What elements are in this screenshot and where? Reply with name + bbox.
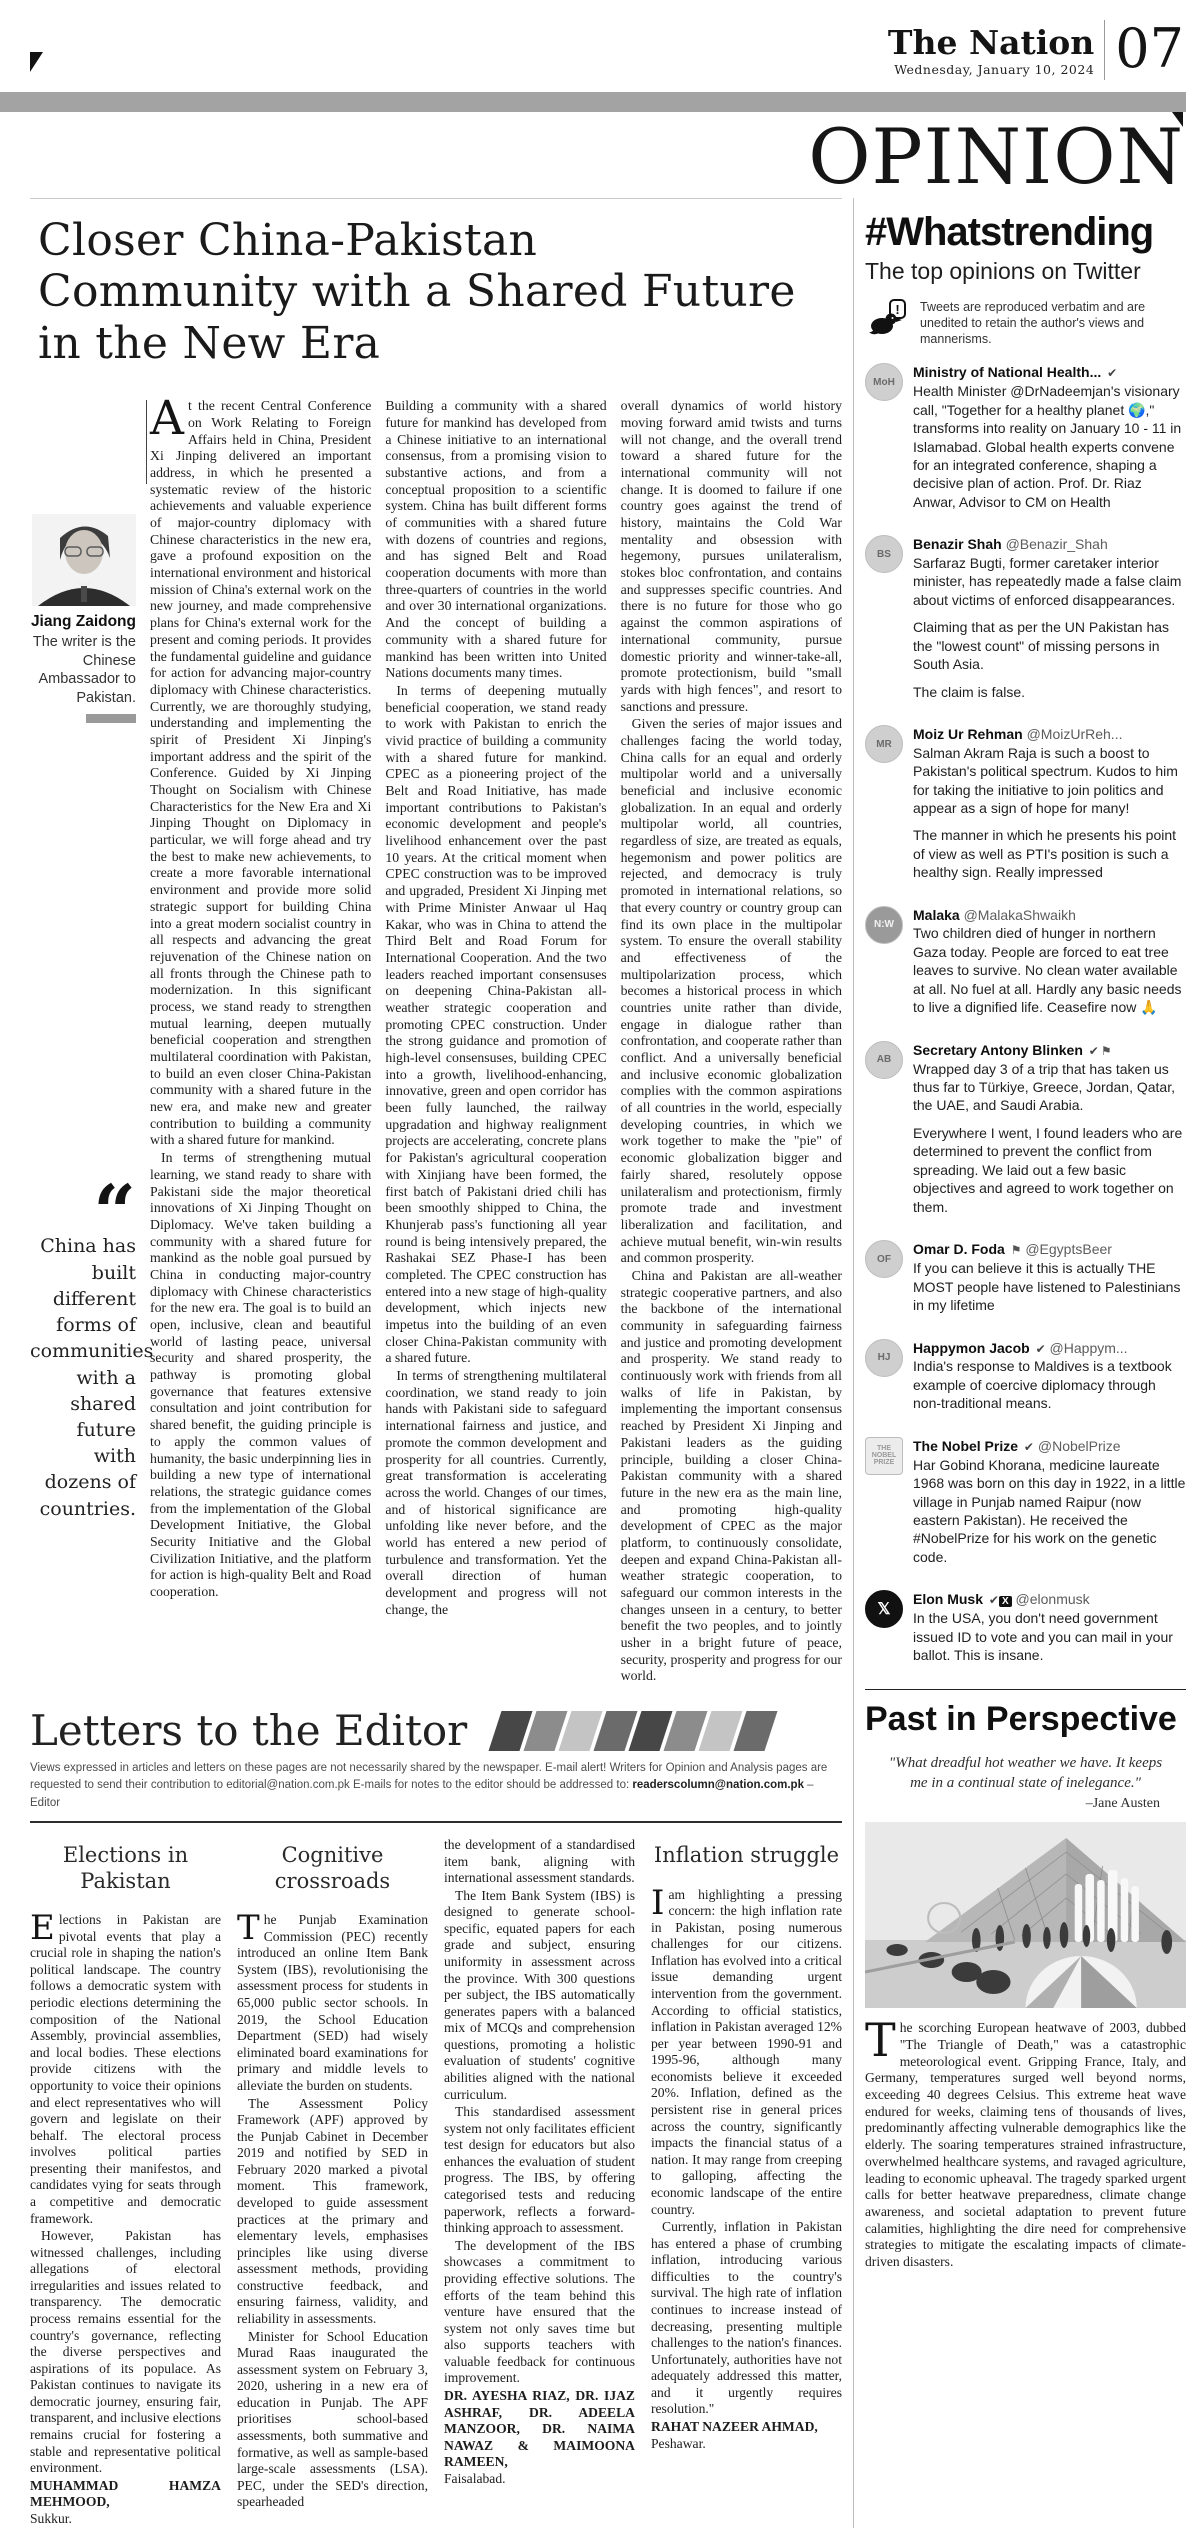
letter-paragraph: The Assessment Policy Framework (APF) ap… — [237, 2096, 428, 2328]
author-column: Jiang Zaidong The writer is the Chinese … — [30, 398, 136, 1686]
tweet-text: India's response to Maldives is a textbo… — [913, 1357, 1186, 1412]
paragraph: At the recent Central Conference on Work… — [150, 398, 371, 1149]
tweet: MR Moiz Ur Rehman @MoizUrReh... Salman A… — [865, 725, 1186, 891]
section-title: OPINION — [0, 118, 1184, 196]
tweet-handle: @EgyptsBeer — [1025, 1241, 1112, 1257]
dropcap: I — [651, 1887, 668, 1918]
tweet-author: Moiz Ur Rehman — [913, 726, 1023, 742]
checker-decoration — [489, 1711, 778, 1751]
pull-quote: “ China has built different forms of com… — [30, 1193, 136, 1521]
masthead-date: Wednesday, January 10, 2024 — [888, 62, 1094, 77]
tweet: THE NOBEL PRIZE The Nobel Prize ✔ @Nobel… — [865, 1437, 1186, 1576]
article-column-2: Building a community with a shared futur… — [385, 398, 606, 1686]
tweet-text: Har Gobind Khorana, medicine laureate 19… — [913, 1456, 1186, 1567]
letter-paragraph: The development of the IBS showcases a c… — [444, 2238, 635, 2387]
tweet-author: Elon Musk — [913, 1591, 983, 1607]
letter-location: Peshawar. — [651, 2436, 842, 2453]
tweet: OF Omar D. Foda ⚑ @EgyptsBeer If you can… — [865, 1240, 1186, 1323]
avatar: MoH — [865, 363, 903, 401]
tweet-handle: @Benazir_Shah — [1006, 536, 1108, 552]
tweet-author: The Nobel Prize — [913, 1438, 1018, 1454]
paragraph: In terms of strengthening mutual learnin… — [150, 1150, 371, 1601]
whatstrending-sidebar: #Whatstrending The top opinions on Twitt… — [865, 198, 1186, 2528]
masthead: The Nation Wednesday, January 10, 2024 — [888, 20, 1094, 77]
pull-quote-text: China has built different forms of commu… — [30, 1233, 136, 1521]
x-logo-icon: X — [999, 1596, 1012, 1607]
tweet-author: Omar D. Foda — [913, 1241, 1005, 1257]
avatar: 𝕏 — [865, 1590, 903, 1628]
page-header: The Nation Wednesday, January 10, 2024 0… — [0, 0, 1200, 92]
verified-badge-icon: ✔ — [1034, 1342, 1046, 1356]
tweet-text: Two children died of hunger in northern … — [913, 924, 1186, 1016]
tweet-handle: @MoizUrReh... — [1027, 726, 1123, 742]
tweet-author: Happymon Jacob — [913, 1340, 1030, 1356]
main-column: Closer China-Pakistan Community with a S… — [30, 198, 842, 2528]
quote-icon: “ — [30, 1193, 136, 1233]
letter-paragraph: The Punjab Examination Commission (PEC) … — [237, 1912, 428, 2094]
paragraph: Building a community with a shared futur… — [385, 398, 606, 682]
author-column-divider — [146, 400, 147, 484]
tweet-author: Benazir Shah — [913, 536, 1002, 552]
page-number: 07 — [1115, 20, 1184, 76]
masthead-title: The Nation — [888, 26, 1094, 59]
tweet-text: Claiming that as per the UN Pakistan has… — [913, 618, 1186, 673]
tweet-text: Everywhere I went, I found leaders who a… — [913, 1124, 1186, 1216]
letter-heading: Elections in Pakistan — [30, 1843, 221, 1894]
corner-flag-decoration — [30, 52, 43, 72]
letter-paragraph: Minister for School Education Murad Raas… — [237, 2329, 428, 2511]
tweet: AB Secretary Antony Blinken ✔⚑ Wrapped d… — [865, 1041, 1186, 1226]
avatar: MR — [865, 725, 903, 763]
letter-heading: Cognitive crossroads — [237, 1843, 428, 1894]
past-quote: "What dreadful hot weather we have. It k… — [865, 1753, 1186, 1794]
article-column-3: overall dynamics of world history moving… — [621, 398, 842, 1686]
letters-rule — [30, 1821, 842, 1823]
past-body: The scorching European heatwave of 2003,… — [865, 2020, 1186, 2271]
tweet: MoH Ministry of National Health... ✔ Hea… — [865, 363, 1186, 520]
tweet-handle: @MalakaShwaikh — [964, 907, 1076, 923]
letter-signature: RAHAT NAZEER AHMAD, — [651, 2419, 842, 2436]
letters-disclaimer: Views expressed in articles and letters … — [30, 1760, 842, 1812]
masthead-divider — [1104, 20, 1105, 80]
bar-flag-decoration — [1172, 112, 1183, 127]
tweet-handle: @NobelPrize — [1038, 1438, 1121, 1454]
letter-signature: MUHAMMAD HAMZA MEHMOOD, — [30, 2478, 221, 2511]
letter-paragraph: The Item Bank System (IBS) is designed t… — [444, 1888, 635, 2104]
tweet-text: Wrapped day 3 of a trip that has taken u… — [913, 1060, 1186, 1115]
whatstrending-title: #Whatstrending — [865, 212, 1186, 252]
verified-badge-icon: ✔ — [987, 1593, 999, 1607]
letter-paragraph: the development of a standardised item b… — [444, 1837, 635, 1887]
letter-location: Sukkur. — [30, 2511, 221, 2528]
letters-section: Elections in Pakistan Elections in Pakis… — [30, 1837, 842, 2528]
paragraph: In terms of strengthening multilateral c… — [385, 1368, 606, 1618]
newspaper-page: The Nation Wednesday, January 10, 2024 0… — [0, 0, 1200, 2528]
header-gray-bar — [0, 92, 1186, 112]
verified-badge-icon: ✔ — [1105, 366, 1117, 380]
letter-paragraph: This standardised assessment system not … — [444, 2104, 635, 2237]
flag-icon: ⚑ — [1099, 1044, 1112, 1058]
letter-signature: DR. AYESHA RIAZ, DR. IJAZ ASHRAF, DR. AD… — [444, 2388, 635, 2471]
letter-inflation: Inflation struggle Iam highlighting a pr… — [651, 1837, 842, 2528]
letter-cognitive-continued: the development of a standardised item b… — [444, 1837, 635, 2528]
tweet-text: If you can believe it this is actually T… — [913, 1259, 1186, 1314]
dropcap: T — [237, 1912, 264, 1943]
paragraph: overall dynamics of world history moving… — [621, 398, 842, 715]
avatar: AB — [865, 1041, 903, 1079]
tweet-text: The claim is false. — [913, 683, 1186, 701]
letters-title: Letters to the Editor — [30, 1710, 467, 1752]
article-body: Jiang Zaidong The writer is the Chinese … — [30, 398, 842, 1686]
avatar: BS — [865, 535, 903, 573]
author-name: Jiang Zaidong — [30, 613, 136, 631]
avatar: THE NOBEL PRIZE — [865, 1437, 903, 1475]
tweet: 𝕏 Elon Musk ✔X @elonmusk In the USA, you… — [865, 1590, 1186, 1673]
author-photo — [30, 514, 136, 606]
article-column-1: At the recent Central Conference on Work… — [150, 398, 371, 1686]
editor-email: readerscolumn@nation.com.pk — [632, 1779, 804, 1791]
past-title: Past in Perspective — [865, 1700, 1186, 1739]
tweet-author: Secretary Antony Blinken — [913, 1042, 1083, 1058]
letter-location: Faisalabad. — [444, 2471, 635, 2488]
dropcap: T — [865, 2020, 900, 2059]
letter-paragraph: Iam highlighting a pressing concern: the… — [651, 1887, 842, 2219]
tweet-handle: @elonmusk — [1016, 1591, 1090, 1607]
letter-paragraph: Elections in Pakistan are pivotal events… — [30, 1912, 221, 2227]
letter-paragraph: Currently, inflation in Pakistan has ent… — [651, 2219, 842, 2418]
tweet: BS Benazir Shah @Benazir_Shah Sarfaraz B… — [865, 535, 1186, 710]
article-headline: Closer China-Pakistan Community with a S… — [30, 199, 842, 385]
paragraph: China and Pakistan are all-weather strat… — [621, 1268, 842, 1685]
verified-badge-icon: ✔ — [1022, 1440, 1034, 1454]
tweet: HJ Happymon Jacob ✔ @Happym... India's r… — [865, 1339, 1186, 1422]
tweet-author: Ministry of National Health... — [913, 364, 1101, 380]
tweet-text: In the USA, you don't need government is… — [913, 1609, 1186, 1664]
tweet-text: The manner in which he presents his poin… — [913, 826, 1186, 881]
letter-paragraph: However, Pakistan has witnessed challeng… — [30, 2228, 221, 2477]
whatstrending-subtitle: The top opinions on Twitter — [865, 258, 1186, 285]
verified-badge-icon: ✔ — [1087, 1044, 1099, 1058]
tweet-author: Malaka — [913, 907, 960, 923]
letter-elections: Elections in Pakistan Elections in Pakis… — [30, 1837, 221, 2528]
letters-header: Letters to the Editor — [30, 1710, 842, 1752]
tweet-text: Sarfaraz Bugti, former caretaker interio… — [913, 554, 1186, 609]
main-sidebar-divider — [853, 198, 854, 2528]
author-bar-decoration — [86, 714, 136, 723]
tweet-text: Salman Akram Raja is such a boost to Pak… — [913, 744, 1186, 818]
tweet-handle: @Happym... — [1050, 1340, 1128, 1356]
flag-icon: ⚑ — [1009, 1243, 1022, 1257]
tweet-text: Health Minister @DrNadeemjan's visionary… — [913, 382, 1186, 511]
twitter-bird-icon: ! — [869, 299, 911, 342]
paragraph: In terms of deepening mutually beneficia… — [385, 683, 606, 1367]
past-photo — [865, 1822, 1186, 2008]
avatar: OF — [865, 1240, 903, 1278]
dropcap: E — [30, 1912, 59, 1943]
paragraph: Given the series of major issues and cha… — [621, 716, 842, 1267]
author-bio: The writer is the Chinese Ambassador to … — [30, 633, 136, 707]
avatar: HJ — [865, 1339, 903, 1377]
avatar: N:W — [865, 906, 903, 944]
letter-cognitive: Cognitive crossroads The Punjab Examinat… — [237, 1837, 428, 2528]
tweet: N:W Malaka @MalakaShwaikh Two children d… — [865, 906, 1186, 1026]
disclaimer-text: Tweets are reproduced verbatim and are u… — [920, 299, 1165, 348]
whatstrending-disclaimer: ! Tweets are reproduced verbatim and are… — [869, 299, 1186, 348]
svg-text:!: ! — [895, 302, 899, 317]
past-quote-attribution: –Jane Austen — [865, 1796, 1186, 1812]
letter-heading: Inflation struggle — [651, 1843, 842, 1869]
past-divider — [865, 1689, 1186, 1690]
dropcap: A — [150, 398, 188, 439]
